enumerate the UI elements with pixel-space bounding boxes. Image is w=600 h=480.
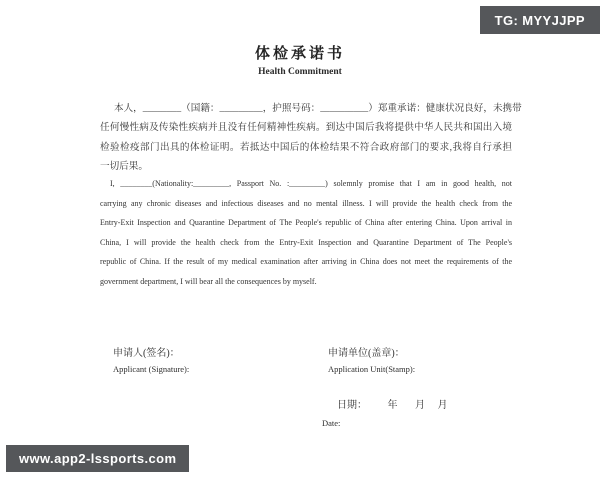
english-paragraph: I, ________(Nationality:_________, Passp…: [100, 174, 512, 292]
document-subtitle: Health Commitment: [0, 67, 600, 77]
en-line: carrying any chronic diseases and infect…: [100, 194, 512, 214]
date-year-char: 年: [388, 396, 398, 411]
application-unit-label-cn: 申请单位(盖章)：: [328, 344, 405, 359]
en-line: republic of China. If the result of my m…: [100, 252, 512, 272]
date-label-cn: 日期：: [337, 396, 367, 411]
cn-line: 任何慢性病及传染性疾病并且没有任何精神性疾病。到达中国后我将提供中华人民共和国出…: [100, 118, 512, 137]
date-month-char: 月: [415, 396, 425, 411]
date-label-en: Date:: [322, 418, 340, 428]
telegram-contact-badge: TG: MYYJJPP: [480, 6, 600, 34]
website-watermark-badge: www.app2-lssports.com: [6, 445, 189, 472]
date-day-char: 月: [438, 396, 448, 411]
document-title: 体检承诺书: [0, 42, 600, 63]
date-line-cn: 日期： 年 月 月: [337, 396, 448, 411]
chinese-paragraph: 本人，________（国籍：_________，护照号码：__________…: [100, 99, 512, 177]
cn-line: 检验检疫部门出具的体检证明。若抵达中国后的体检结果不符合政府部门的要求,我将自行…: [100, 138, 512, 157]
application-unit-label-en: Application Unit(Stamp):: [328, 364, 415, 374]
en-line: Entry-Exit Inspection and Quarantine Dep…: [100, 213, 512, 233]
screenshot-root: TG: MYYJJPP 体检承诺书 Health Commitment 本人，_…: [0, 0, 600, 480]
applicant-signature-label-cn: 申请人(签名)：: [113, 344, 180, 359]
cn-line: 本人，________（国籍：_________，护照号码：__________…: [100, 99, 512, 118]
applicant-signature-label-en: Applicant (Signature):: [113, 364, 189, 374]
en-line: China, I will provide the health check f…: [100, 233, 512, 253]
en-line: government department, I will bear all t…: [100, 272, 512, 292]
en-line: I, ________(Nationality:_________, Passp…: [100, 174, 512, 194]
